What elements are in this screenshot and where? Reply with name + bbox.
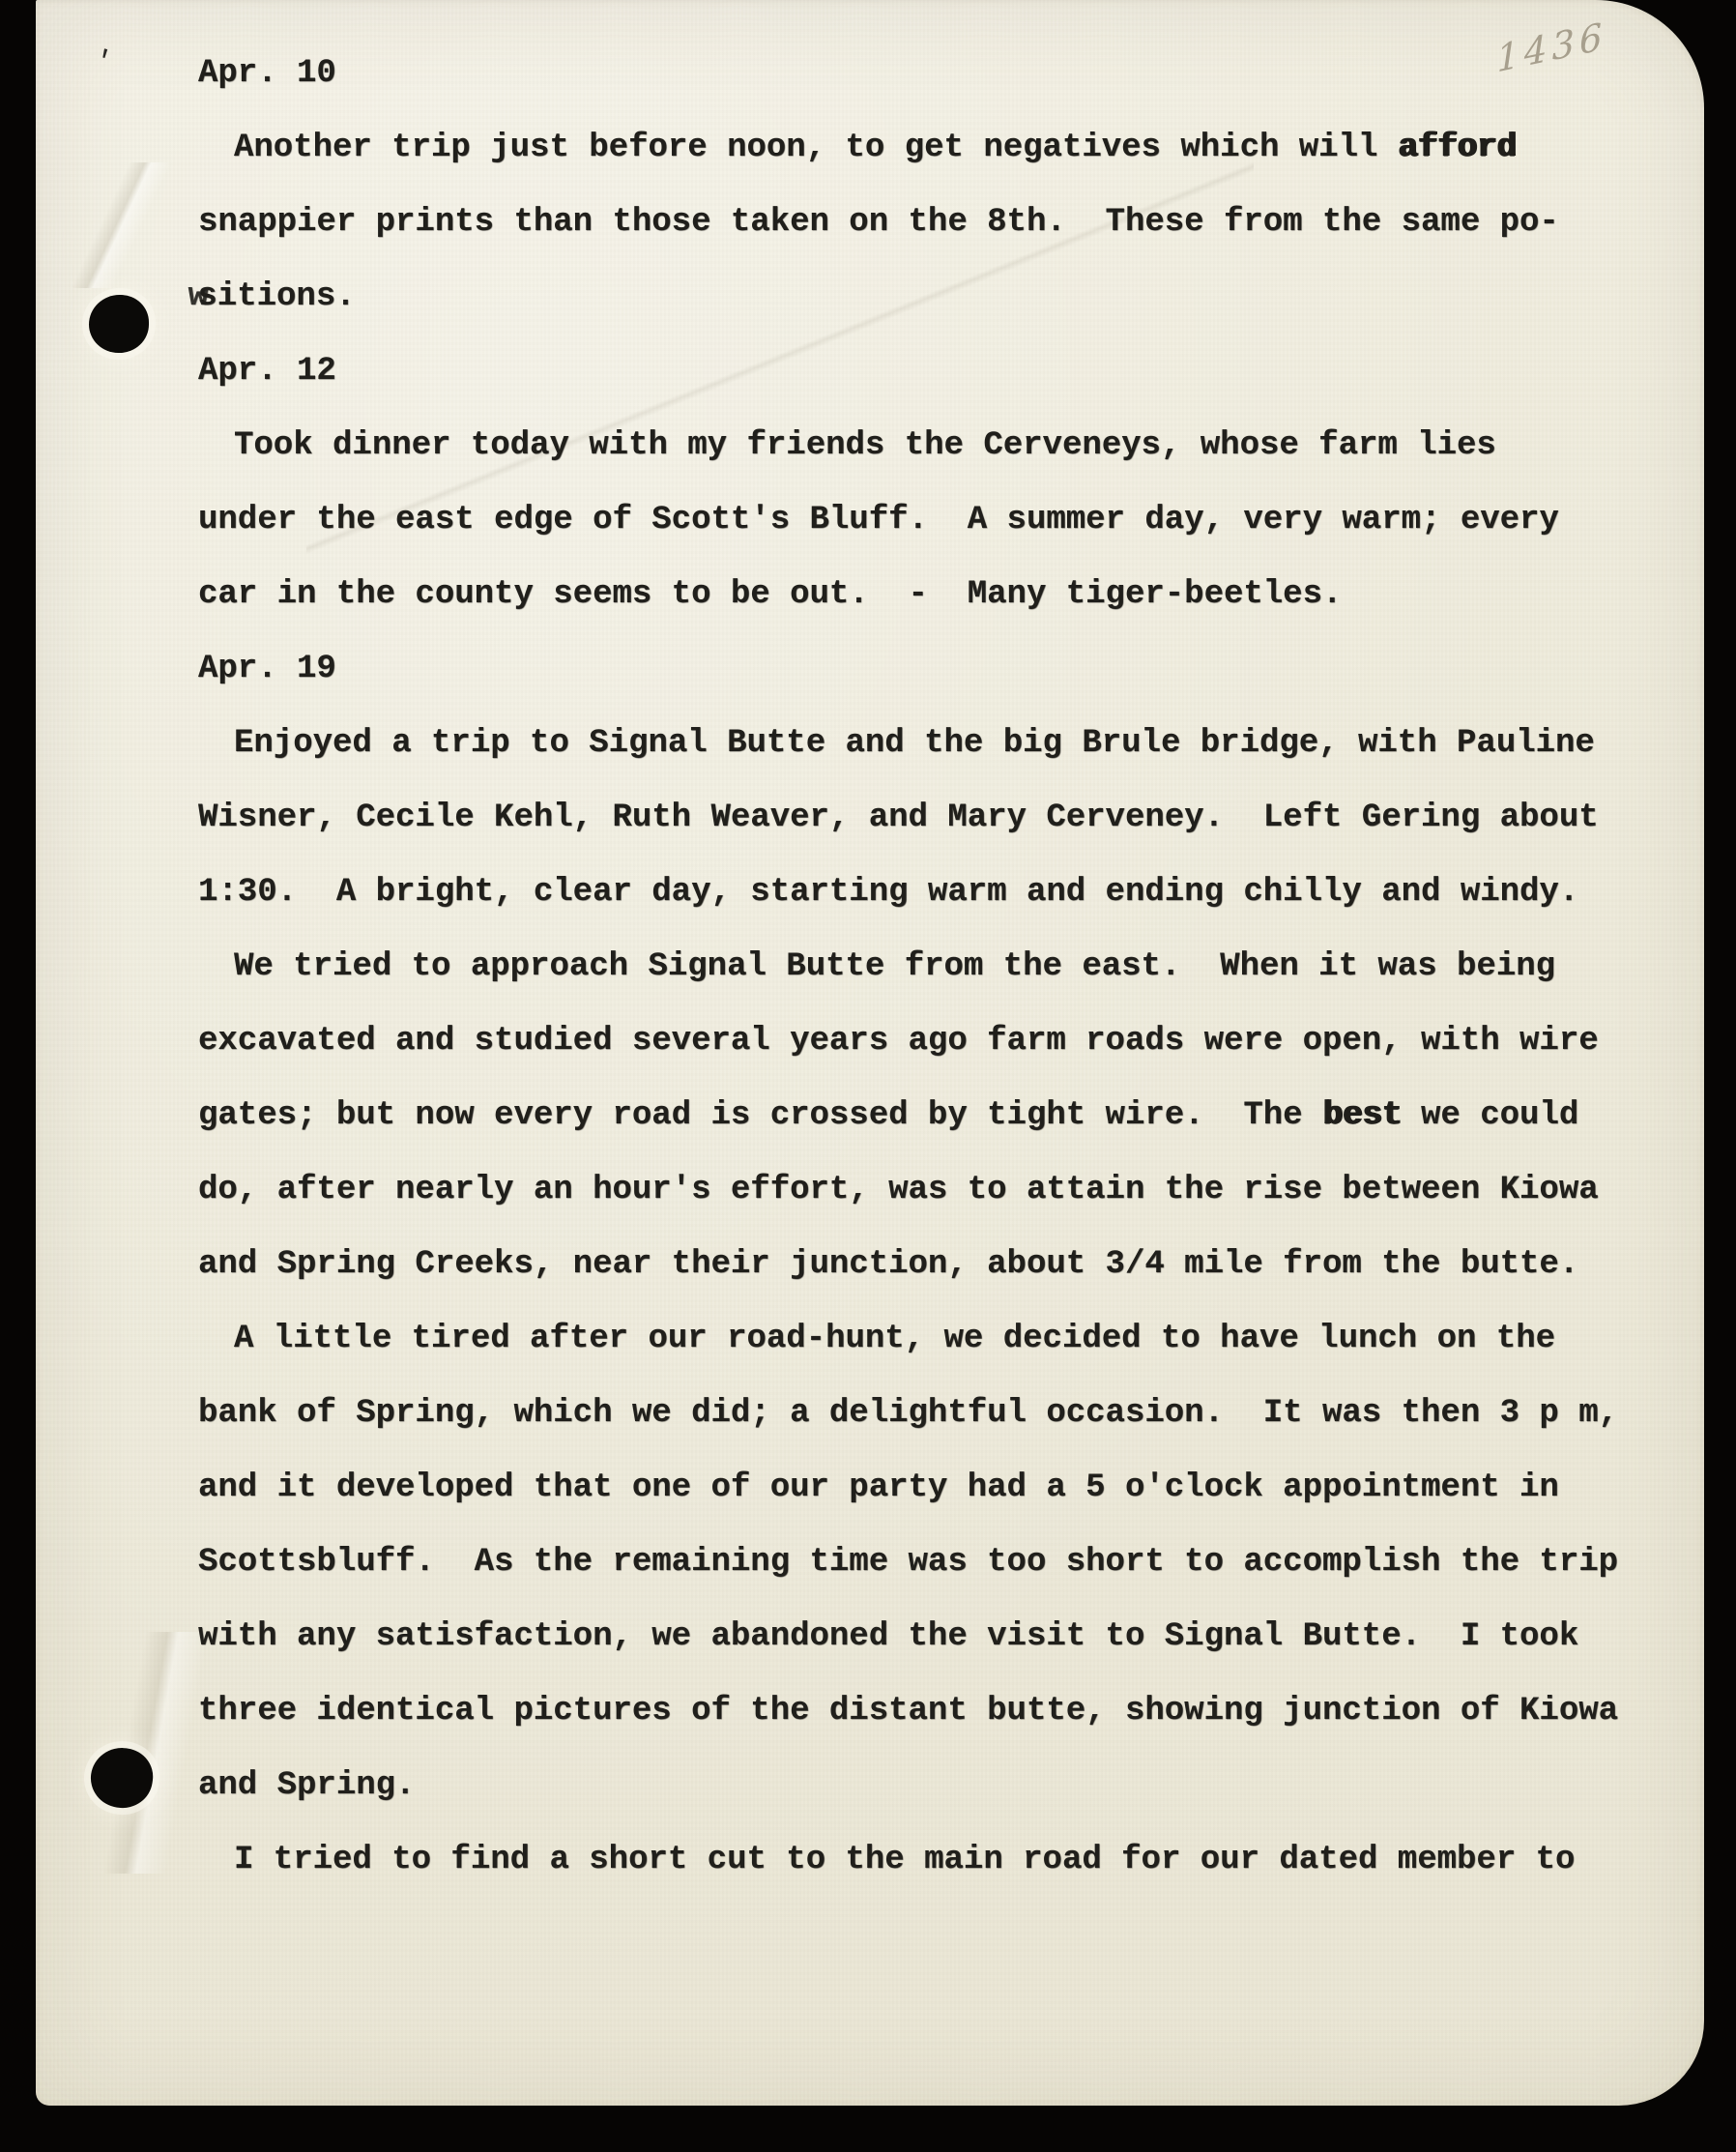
- text-line: excavated and studied several years ago …: [198, 1004, 1667, 1079]
- text-line: with any satisfaction, we abandoned the …: [198, 1600, 1667, 1674]
- typewritten-text: Apr. 10Another trip just before noon, to…: [198, 37, 1667, 1898]
- overstruck-word: best: [1322, 1097, 1402, 1134]
- text-line: car in the county seems to be out. - Man…: [198, 558, 1667, 632]
- document-page: 1436 ' Apr. 10Another trip just before n…: [36, 0, 1704, 2106]
- punch-hole-top: [89, 295, 149, 353]
- text-line: Apr. 19: [198, 632, 1667, 707]
- text-line: snappier prints than those taken on the …: [198, 186, 1667, 260]
- overstruck-character: w: [188, 260, 208, 334]
- text-line: Took dinner today with my friends the Ce…: [198, 409, 1667, 483]
- text-line: and Spring Creeks, near their junction, …: [198, 1228, 1667, 1302]
- text-line: Apr. 10: [198, 37, 1667, 111]
- paper-crease: [36, 162, 200, 288]
- overstruck-word: afford: [1398, 130, 1516, 166]
- text-line: I tried to find a short cut to the main …: [198, 1823, 1667, 1898]
- text-line: wsitions.: [198, 260, 1667, 334]
- text-line: Wisner, Cecile Kehl, Ruth Weaver, and Ma…: [198, 781, 1667, 856]
- text-line: Apr. 12: [198, 334, 1667, 409]
- text-line: and Spring.: [198, 1749, 1667, 1823]
- stray-ink-mark: ': [91, 46, 115, 78]
- text-line: and it developed that one of our party h…: [198, 1451, 1667, 1526]
- text-line: We tried to approach Signal Butte from t…: [198, 930, 1667, 1004]
- text-line: under the east edge of Scott's Bluff. A …: [198, 483, 1667, 558]
- text-line: bank of Spring, which we did; a delightf…: [198, 1377, 1667, 1451]
- text-line: gates; but now every road is crossed by …: [198, 1079, 1667, 1153]
- text-line: do, after nearly an hour's effort, was t…: [198, 1153, 1667, 1228]
- text-line: Enjoyed a trip to Signal Butte and the b…: [198, 707, 1667, 781]
- text-line: A little tired after our road-hunt, we d…: [198, 1302, 1667, 1377]
- punch-hole-bottom: [87, 1744, 157, 1812]
- text-line: 1:30. A bright, clear day, starting warm…: [198, 856, 1667, 930]
- text-line: three identical pictures of the distant …: [198, 1674, 1667, 1749]
- text-line: Another trip just before noon, to get ne…: [198, 111, 1667, 186]
- scanned-document-screenshot: { "page": { "background_color": "#060504…: [0, 0, 1736, 2152]
- text-line: Scottsbluff. As the remaining time was t…: [198, 1526, 1667, 1600]
